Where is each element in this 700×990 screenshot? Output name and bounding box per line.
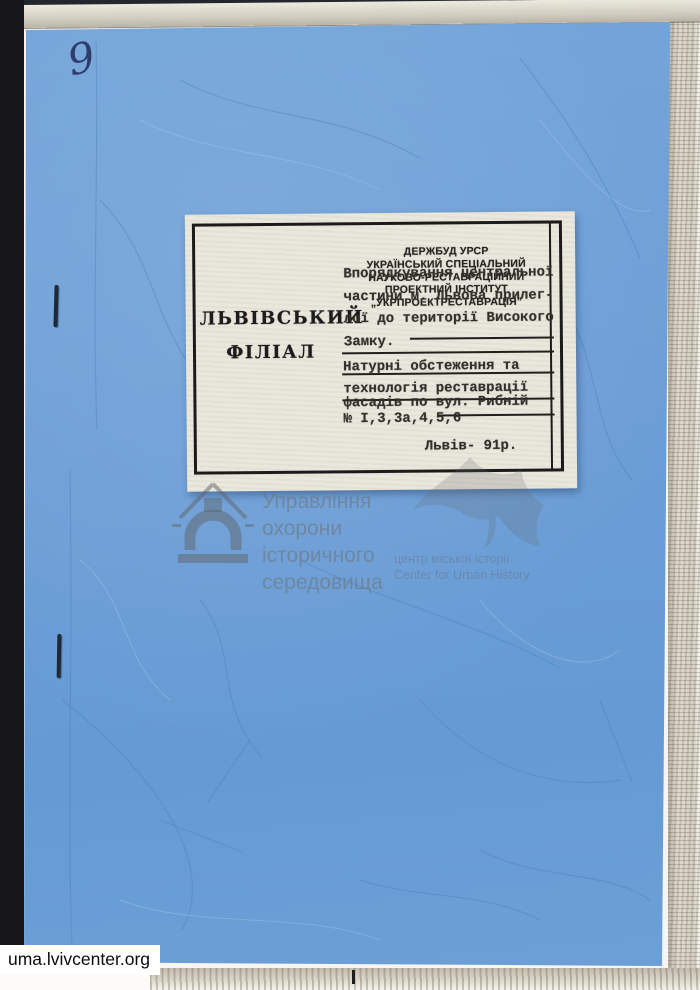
typed-title-line-4: Замку. xyxy=(344,329,554,353)
archival-scan: 9 ЛЬВІВСЬКИЙ ФІЛІАЛ ДЕРЖБУД УРСР УКРАЇНС… xyxy=(0,0,700,990)
folder-cover xyxy=(0,0,700,990)
book-page-edge-bottom xyxy=(138,968,700,990)
typed-subject-line-1: Натурні обстеження та xyxy=(343,358,520,376)
typed-title-line-3: лої до території Високого xyxy=(344,306,554,330)
branch-line-1: ЛЬВІВСЬКИЙ xyxy=(200,301,342,336)
page-edge-mark xyxy=(352,970,355,984)
book-binding-edge-left xyxy=(0,0,24,952)
source-url-badge: uma.lvivcenter.org xyxy=(0,945,160,975)
typed-title-line-2: частини м. Львова прилег- xyxy=(343,284,553,308)
typed-project-title: Впорядкування центральної частини м. Льв… xyxy=(343,261,554,353)
cover-label: ЛЬВІВСЬКИЙ ФІЛІАЛ ДЕРЖБУД УРСР УКРАЇНСЬК… xyxy=(185,211,577,491)
branch-name: ЛЬВІВСЬКИЙ ФІЛІАЛ xyxy=(200,301,343,370)
typed-title-line-1: Впорядкування центральної xyxy=(343,261,553,285)
book-page-edge-right xyxy=(668,0,700,990)
branch-line-2: ФІЛІАЛ xyxy=(200,335,342,370)
typed-subject-line-4: № І,3,3а,4,5,6 xyxy=(344,410,462,427)
typed-subject-line-3: фасадів по вул. Рибній xyxy=(343,394,528,412)
cover-texture xyxy=(0,0,700,990)
staple-bottom xyxy=(57,634,62,678)
typed-place-year: Львів- 91р. xyxy=(425,438,518,455)
